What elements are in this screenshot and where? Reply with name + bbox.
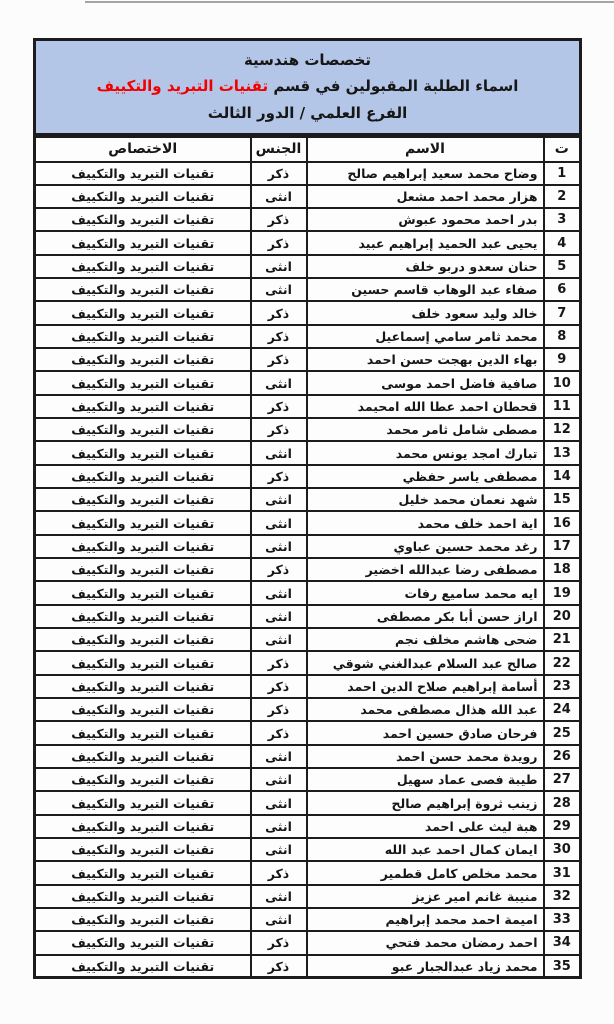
table-row: 26 رويدة محمد حسن احمد انثى تقنيات التبر… [35,745,581,768]
row-number: 12 [544,418,581,441]
student-specialization: تقنيات التبريد والتكييف [35,441,251,464]
student-name: منيبة غانم امير عزيز [307,885,544,908]
title-line-2: اسماء الطلبة المقبولين في قسم تقنيات الت… [97,75,519,98]
student-specialization: تقنيات التبريد والتكييف [35,208,251,231]
student-name: مصطفى رضا عبدالله اخضير [307,558,544,581]
table-row: 35 محمد زياد عبدالجبار عبو ذكر تقنيات ال… [35,955,581,978]
table-row: 3 بدر احمد محمود عبوش ذكر تقنيات التبريد… [35,208,581,231]
table-row: 13 تبارك امجد يونس محمد انثى تقنيات التب… [35,441,581,464]
student-name: صفاء عبد الوهاب قاسم حسين [307,278,544,301]
row-number: 23 [544,675,581,698]
row-number: 26 [544,745,581,768]
row-number: 7 [544,301,581,324]
student-name: عبد الله هذال مصطفى محمد [307,698,544,721]
table-row: 24 عبد الله هذال مصطفى محمد ذكر تقنيات ا… [35,698,581,721]
student-name: بهاء الدين بهجت حسن احمد [307,348,544,371]
table-row: 22 صالح عبد السلام عبدالغني شوقي ذكر تقن… [35,651,581,674]
student-specialization: تقنيات التبريد والتكييف [35,908,251,931]
student-gender: ذكر [251,325,307,348]
student-gender: ذكر [251,208,307,231]
student-specialization: تقنيات التبريد والتكييف [35,605,251,628]
table-row: 17 رغد محمد حسين عباوي انثى تقنيات التبر… [35,535,581,558]
student-gender: انثى [251,535,307,558]
student-gender: ذكر [251,301,307,324]
row-number: 22 [544,651,581,674]
student-gender: انثى [251,908,307,931]
row-number: 11 [544,395,581,418]
row-number: 13 [544,441,581,464]
student-specialization: تقنيات التبريد والتكييف [35,488,251,511]
student-gender: انثى [251,185,307,208]
column-header-name: الاسم [307,137,544,162]
row-number: 1 [544,162,581,185]
student-gender: انثى [251,768,307,791]
student-name: ايه محمد ساميع رفات [307,581,544,604]
table-row: 30 ايمان كمال احمد عبد الله انثى تقنيات … [35,838,581,861]
student-name: زينب ثروة إبراهيم صالح [307,791,544,814]
student-gender: ذكر [251,558,307,581]
student-specialization: تقنيات التبريد والتكييف [35,745,251,768]
student-gender: انثى [251,441,307,464]
row-number: 32 [544,885,581,908]
table-row: 23 أسامة إبراهيم صلاح الدين احمد ذكر تقن… [35,675,581,698]
student-name: احمد رمضان محمد فتحي [307,931,544,954]
title-line-2-department-highlight: تقنيات التبريد والتكييف [97,77,269,95]
table-row: 11 قحطان احمد عطا الله امحيمد ذكر تقنيات… [35,395,581,418]
table-row: 20 اراز حسن أبا بكر مصطفى انثى تقنيات ال… [35,605,581,628]
row-number: 2 [544,185,581,208]
student-gender: انثى [251,255,307,278]
student-specialization: تقنيات التبريد والتكييف [35,955,251,978]
title-line-3: الفرع العلمي / الدور الثالث [208,102,408,125]
table-row: 31 محمد مخلص كامل قطمير ذكر تقنيات التبر… [35,861,581,884]
student-specialization: تقنيات التبريد والتكييف [35,325,251,348]
table-row: 34 احمد رمضان محمد فتحي ذكر تقنيات التبر… [35,931,581,954]
student-specialization: تقنيات التبريد والتكييف [35,675,251,698]
table-row: 8 محمد ثامر سامي إسماعيل ذكر تقنيات التب… [35,325,581,348]
student-gender: ذكر [251,675,307,698]
student-name: محمد زياد عبدالجبار عبو [307,955,544,978]
student-gender: انثى [251,885,307,908]
title-line-2-prefix: اسماء الطلبة المقبولين في قسم [273,77,518,95]
student-specialization: تقنيات التبريد والتكييف [35,838,251,861]
student-gender: انثى [251,488,307,511]
row-number: 16 [544,511,581,534]
row-number: 9 [544,348,581,371]
student-name: تبارك امجد يونس محمد [307,441,544,464]
student-gender: انثى [251,371,307,394]
student-gender: انثى [251,278,307,301]
table-row: 12 مصطى شامل ثامر محمد ذكر تقنيات التبري… [35,418,581,441]
student-name: اراز حسن أبا بكر مصطفى [307,605,544,628]
student-name: اية احمد خلف محمد [307,511,544,534]
student-specialization: تقنيات التبريد والتكييف [35,861,251,884]
row-number: 14 [544,465,581,488]
student-name: مصطى شامل ثامر محمد [307,418,544,441]
student-gender: انثى [251,745,307,768]
student-gender: انثى [251,815,307,838]
student-name: أسامة إبراهيم صلاح الدين احمد [307,675,544,698]
student-name: ضحى هاشم مخلف نجم [307,628,544,651]
student-name: خالد وليد سعود خلف [307,301,544,324]
student-name: صافية فاضل احمد موسى [307,371,544,394]
student-gender: انثى [251,791,307,814]
student-specialization: تقنيات التبريد والتكييف [35,535,251,558]
row-number: 27 [544,768,581,791]
students-table: ت الاسم الجنس الاختصاص 1 وضاح محمد سعيد … [33,135,582,979]
student-specialization: تقنيات التبريد والتكييف [35,185,251,208]
table-row: 4 يحيى عبد الحميد إبراهيم عبيد ذكر تقنيا… [35,231,581,254]
student-specialization: تقنيات التبريد والتكييف [35,348,251,371]
student-name: قحطان احمد عطا الله امحيمد [307,395,544,418]
student-specialization: تقنيات التبريد والتكييف [35,255,251,278]
title-line-1: تخصصات هندسية [244,49,371,72]
student-specialization: تقنيات التبريد والتكييف [35,698,251,721]
student-name: يحيى عبد الحميد إبراهيم عبيد [307,231,544,254]
student-name: صالح عبد السلام عبدالغني شوقي [307,651,544,674]
student-gender: انثى [251,605,307,628]
table-row: 19 ايه محمد ساميع رفات انثى تقنيات التبر… [35,581,581,604]
table-row: 9 بهاء الدين بهجت حسن احمد ذكر تقنيات ال… [35,348,581,371]
student-name: ايمان كمال احمد عبد الله [307,838,544,861]
table-row: 18 مصطفى رضا عبدالله اخضير ذكر تقنيات ال… [35,558,581,581]
header-row: ت الاسم الجنس الاختصاص [35,137,581,162]
student-gender: انثى [251,838,307,861]
student-gender: ذكر [251,931,307,954]
student-name: هبة ليث على احمد [307,815,544,838]
row-number: 28 [544,791,581,814]
title-block: تخصصات هندسية اسماء الطلبة المقبولين في … [33,38,582,135]
row-number: 33 [544,908,581,931]
student-specialization: تقنيات التبريد والتكييف [35,162,251,185]
student-specialization: تقنيات التبريد والتكييف [35,301,251,324]
table-row: 29 هبة ليث على احمد انثى تقنيات التبريد … [35,815,581,838]
table-row: 14 مصطفى ياسر حفظي ذكر تقنيات التبريد وا… [35,465,581,488]
student-specialization: تقنيات التبريد والتكييف [35,418,251,441]
student-gender: ذكر [251,418,307,441]
table-row: 16 اية احمد خلف محمد انثى تقنيات التبريد… [35,511,581,534]
student-name: رغد محمد حسين عباوي [307,535,544,558]
student-name: طيبة فصى عماد سهيل [307,768,544,791]
table-row: 15 شهد نعمان محمد خليل انثى تقنيات التبر… [35,488,581,511]
student-name: فرحان صادق حسين احمد [307,721,544,744]
student-gender: ذكر [251,395,307,418]
student-gender: ذكر [251,348,307,371]
row-number: 20 [544,605,581,628]
row-number: 30 [544,838,581,861]
student-specialization: تقنيات التبريد والتكييف [35,581,251,604]
table-row: 2 هزار محمد احمد مشعل انثى تقنيات التبري… [35,185,581,208]
student-specialization: تقنيات التبريد والتكييف [35,768,251,791]
student-name: حنان سعدو دربو خلف [307,255,544,278]
student-gender: انثى [251,511,307,534]
student-name: وضاح محمد سعيد إبراهيم صالح [307,162,544,185]
row-number: 29 [544,815,581,838]
table-row: 28 زينب ثروة إبراهيم صالح انثى تقنيات ال… [35,791,581,814]
table-row: 1 وضاح محمد سعيد إبراهيم صالح ذكر تقنيات… [35,162,581,185]
student-gender: انثى [251,628,307,651]
column-header-specialization: الاختصاص [35,137,251,162]
table-row: 33 اميمة احمد محمد إبراهيم انثى تقنيات ا… [35,908,581,931]
row-number: 35 [544,955,581,978]
student-specialization: تقنيات التبريد والتكييف [35,628,251,651]
row-number: 15 [544,488,581,511]
student-specialization: تقنيات التبريد والتكييف [35,815,251,838]
student-specialization: تقنيات التبريد والتكييف [35,721,251,744]
column-header-number: ت [544,137,581,162]
student-name: بدر احمد محمود عبوش [307,208,544,231]
document-sheet: تخصصات هندسية اسماء الطلبة المقبولين في … [33,38,582,979]
student-specialization: تقنيات التبريد والتكييف [35,511,251,534]
student-name: رويدة محمد حسن احمد [307,745,544,768]
row-number: 8 [544,325,581,348]
student-specialization: تقنيات التبريد والتكييف [35,231,251,254]
student-gender: ذكر [251,721,307,744]
student-name: اميمة احمد محمد إبراهيم [307,908,544,931]
row-number: 19 [544,581,581,604]
table-row: 6 صفاء عبد الوهاب قاسم حسين انثى تقنيات … [35,278,581,301]
row-number: 6 [544,278,581,301]
student-name: شهد نعمان محمد خليل [307,488,544,511]
row-number: 24 [544,698,581,721]
student-gender: ذكر [251,698,307,721]
row-number: 25 [544,721,581,744]
row-number: 5 [544,255,581,278]
student-specialization: تقنيات التبريد والتكييف [35,395,251,418]
row-number: 21 [544,628,581,651]
row-number: 31 [544,861,581,884]
students-table-header: ت الاسم الجنس الاختصاص [35,137,581,162]
row-number: 18 [544,558,581,581]
student-specialization: تقنيات التبريد والتكييف [35,651,251,674]
row-number: 10 [544,371,581,394]
student-specialization: تقنيات التبريد والتكييف [35,931,251,954]
student-name: محمد ثامر سامي إسماعيل [307,325,544,348]
column-header-gender: الجنس [251,137,307,162]
student-gender: ذكر [251,465,307,488]
student-name: محمد مخلص كامل قطمير [307,861,544,884]
row-number: 17 [544,535,581,558]
student-name: هزار محمد احمد مشعل [307,185,544,208]
table-row: 7 خالد وليد سعود خلف ذكر تقنيات التبريد … [35,301,581,324]
table-row: 25 فرحان صادق حسين احمد ذكر تقنيات التبر… [35,721,581,744]
table-row: 21 ضحى هاشم مخلف نجم انثى تقنيات التبريد… [35,628,581,651]
student-specialization: تقنيات التبريد والتكييف [35,885,251,908]
table-row: 10 صافية فاضل احمد موسى انثى تقنيات التب… [35,371,581,394]
student-specialization: تقنيات التبريد والتكييف [35,558,251,581]
table-row: 5 حنان سعدو دربو خلف انثى تقنيات التبريد… [35,255,581,278]
student-specialization: تقنيات التبريد والتكييف [35,791,251,814]
student-gender: انثى [251,581,307,604]
student-gender: ذكر [251,231,307,254]
table-row: 32 منيبة غانم امير عزيز انثى تقنيات التب… [35,885,581,908]
student-gender: ذكر [251,955,307,978]
row-number: 4 [544,231,581,254]
student-name: مصطفى ياسر حفظي [307,465,544,488]
table-row: 27 طيبة فصى عماد سهيل انثى تقنيات التبري… [35,768,581,791]
student-gender: ذكر [251,861,307,884]
students-table-body: 1 وضاح محمد سعيد إبراهيم صالح ذكر تقنيات… [35,162,581,978]
student-specialization: تقنيات التبريد والتكييف [35,371,251,394]
student-specialization: تقنيات التبريد والتكييف [35,465,251,488]
scan-edge-line [85,1,614,3]
student-gender: ذكر [251,162,307,185]
row-number: 34 [544,931,581,954]
row-number: 3 [544,208,581,231]
student-specialization: تقنيات التبريد والتكييف [35,278,251,301]
student-gender: ذكر [251,651,307,674]
